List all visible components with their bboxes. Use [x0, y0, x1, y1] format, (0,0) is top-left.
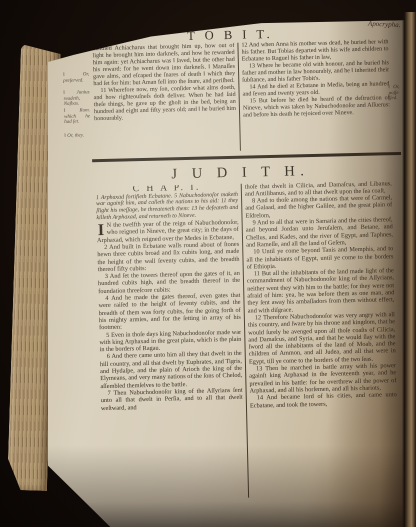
verse-paragraph: 13 Then he marched in battle array with …: [249, 362, 397, 395]
judith-section: C H A P. I. 1 Arphaxad fortifieth Ecbata…: [66, 180, 409, 502]
margin-note: ‖ Or, poſſeſſed.: [388, 85, 399, 102]
running-header-right: Apocrypha.: [367, 20, 400, 29]
verse-paragraph: handled Achiacharus that brought him up,…: [92, 43, 235, 88]
verse-paragraph: 7 Then Nabuchodonoſor king of the Aſſyri…: [101, 387, 243, 412]
verse-paragraph: 2 And built in Ecbatane walls round abou…: [97, 241, 240, 274]
margin-note: ‖ Rom. which he had ſet.: [64, 108, 90, 126]
margin-note: ‖ Or, preſerved.: [63, 72, 89, 84]
margin-note: ‖ Junius readeth, Naſbas.: [63, 90, 89, 108]
verse-paragraph: 4 And he made the gates thereof, even ga…: [98, 292, 241, 332]
verse-paragraph: 12 Therefore Nabuchodonoſor was very ang…: [248, 311, 396, 366]
judith-right-column: thoſe that dwelt in Cilicia, and Damaſcu…: [245, 180, 399, 497]
tobit-right-column: 12 And when Anna his mother was dead, he…: [241, 39, 391, 150]
running-header-left: Apocrypha.: [77, 37, 110, 46]
verse-text: N the twelfth year of the reign of Nabuc…: [97, 219, 239, 244]
opposite-page-edge: [402, 12, 416, 527]
verse-paragraph: 11 But all the inhabitants of the land m…: [247, 267, 395, 314]
verse-paragraph: 15 But before he died he heard of the de…: [243, 95, 390, 119]
margin-note: ‖ Or, they.: [64, 133, 90, 139]
drop-cap: I: [97, 222, 107, 236]
tobit-left-column: handled Achiacharus that brought him up,…: [92, 43, 237, 154]
section-rule: [92, 152, 401, 162]
verse-paragraph: 6 And there came unto him all they that …: [100, 350, 243, 390]
book-photo: Apocrypha. T O B I T. Apocrypha. ‖ Or, p…: [0, 0, 416, 527]
column-divider: [237, 43, 241, 151]
judith-left-column: C H A P. I. 1 Arphaxad fortifieth Ecbata…: [96, 183, 245, 500]
chapter-argument: 1 Arphaxad fortifieth Ecbatane. 5 Nabuch…: [96, 192, 239, 222]
page-content: Apocrypha. T O B I T. Apocrypha. ‖ Or, p…: [62, 23, 409, 501]
tobit-section: ‖ Or, preſerved. ‖ Junius readeth, Naſba…: [62, 39, 400, 155]
verse-paragraph: 11 Wherefore now, my ſon, conſider what …: [93, 85, 236, 123]
verse-paragraph: 9 And to all that were in Samaria and th…: [246, 216, 394, 249]
tobit-right-margin: ‖ Or, poſſeſſed.: [388, 39, 401, 147]
tobit-left-margin: ‖ Or, preſerved. ‖ Junius readeth, Naſba…: [62, 46, 95, 155]
book-page: Apocrypha. T O B I T. Apocrypha. ‖ Or, p…: [48, 16, 416, 527]
verse-paragraph: 14 And became lord of his cities, and ca…: [250, 391, 397, 409]
